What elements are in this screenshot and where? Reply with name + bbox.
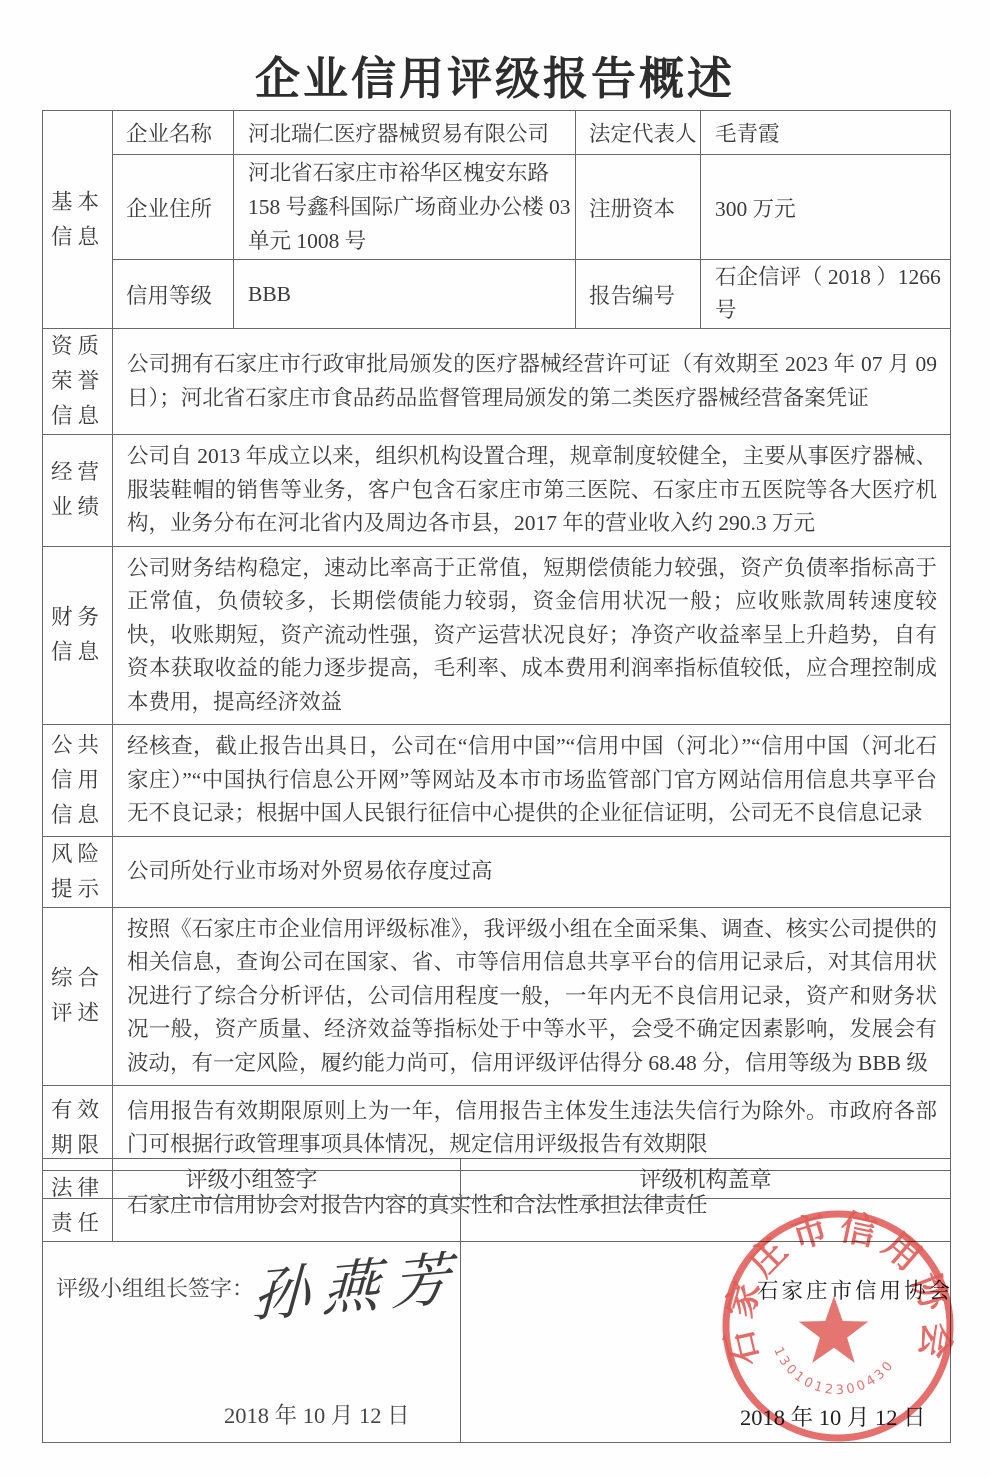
company-name-label: 企业名称	[113, 111, 234, 155]
section-label-qualifications: 资质荣誉信息	[43, 329, 113, 435]
company-address-label: 企业住所	[113, 155, 234, 260]
section-label-risk-warning: 风险提示	[43, 836, 113, 907]
section-label-business-performance: 经营业绩	[43, 435, 113, 547]
report-table: 基本信息 企业名称 河北瑞仁医疗器械贸易有限公司 法定代表人 毛青霞 企业住所 …	[42, 110, 951, 1242]
table-row: 财务信息 公司财务结构稳定，速动比率高于正常值，短期偿债能力较强，资产负债率指标…	[43, 546, 951, 725]
registered-capital-label: 注册资本	[576, 155, 701, 260]
legal-representative-value: 毛青霞	[701, 111, 951, 155]
section-label-public-credit: 公共信用信息	[43, 725, 113, 837]
table-row: 公共信用信息 经核查，截止报告出具日，公司在“信用中国”“信用中国（河北）”“信…	[43, 725, 951, 837]
seal-number: 1301012300430	[770, 1345, 898, 1398]
table-row: 经营业绩 公司自 2013 年成立以来，组织机构设置合理，规章制度较健全，主要从…	[43, 435, 951, 547]
risk-warning-text: 公司所处行业市场对外贸易依存度过高	[113, 836, 951, 907]
seal-star-icon	[799, 1296, 868, 1363]
legal-representative-label: 法定代表人	[576, 111, 701, 155]
business-performance-text: 公司自 2013 年成立以来，组织机构设置合理，规章制度较健全，主要从事医疗器械…	[113, 435, 951, 547]
team-leader-signature-label: 评级小组组长签字：	[56, 1272, 254, 1303]
svg-text:1301012300430: 1301012300430	[770, 1345, 898, 1398]
overall-review-text: 按照《石家庄市企业信用评级标准》，我评级小组在全面采集、调查、核实公司提供的相关…	[113, 907, 951, 1086]
company-address-value: 河北省石家庄市裕华区槐安东路 158 号鑫科国际广场商业办公楼 03 单元 10…	[234, 155, 576, 260]
credit-grade-label: 信用等级	[113, 260, 234, 329]
report-number-value: 石企信评（ 2018 ）1266 号	[701, 260, 951, 329]
official-seal-stamp: 石家庄市信用协会 1301012300430	[715, 1203, 961, 1449]
section-label-financial-info: 财务信息	[43, 546, 113, 725]
financial-info-text: 公司财务结构稳定，速动比率高于正常值，短期偿债能力较强，资产负债率指标高于正常值…	[113, 546, 951, 725]
table-row: 评级小组签字 评级机构盖章	[43, 1159, 951, 1199]
table-row: 基本信息 企业名称 河北瑞仁医疗器械贸易有限公司 法定代表人 毛青霞	[43, 111, 951, 155]
table-row: 企业住所 河北省石家庄市裕华区槐安东路 158 号鑫科国际广场商业办公楼 03 …	[43, 155, 951, 260]
public-credit-text: 经核查，截止报告出具日，公司在“信用中国”“信用中国（河北）”“信用中国（河北石…	[113, 725, 951, 837]
table-row: 信用等级 BBB 报告编号 石企信评（ 2018 ）1266 号	[43, 260, 951, 329]
credit-grade-value: BBB	[234, 260, 576, 329]
section-label-overall-review: 综合评述	[43, 907, 113, 1086]
registered-capital-value: 300 万元	[701, 155, 951, 260]
qualifications-text: 公司拥有石家庄市行政审批局颁发的医疗器械经营许可证（有效期至 2023 年 07…	[113, 329, 951, 435]
section-label-basic-info: 基本信息	[43, 111, 113, 329]
report-number-label: 报告编号	[576, 260, 701, 329]
table-row: 风险提示 公司所处行业市场对外贸易依存度过高	[43, 836, 951, 907]
table-row: 资质荣誉信息 公司拥有石家庄市行政审批局颁发的医疗器械经营许可证（有效期至 20…	[43, 329, 951, 435]
company-name-value: 河北瑞仁医疗器械贸易有限公司	[234, 111, 576, 155]
rating-team-signature-header: 评级小组签字	[43, 1159, 461, 1199]
rating-agency-seal-header: 评级机构盖章	[461, 1159, 951, 1199]
table-row: 综合评述 按照《石家庄市企业信用评级标准》，我评级小组在全面采集、调查、核实公司…	[43, 907, 951, 1086]
signature-date: 2018 年 10 月 12 日	[224, 1398, 410, 1430]
page-title: 企业信用评级报告概述	[0, 42, 990, 107]
